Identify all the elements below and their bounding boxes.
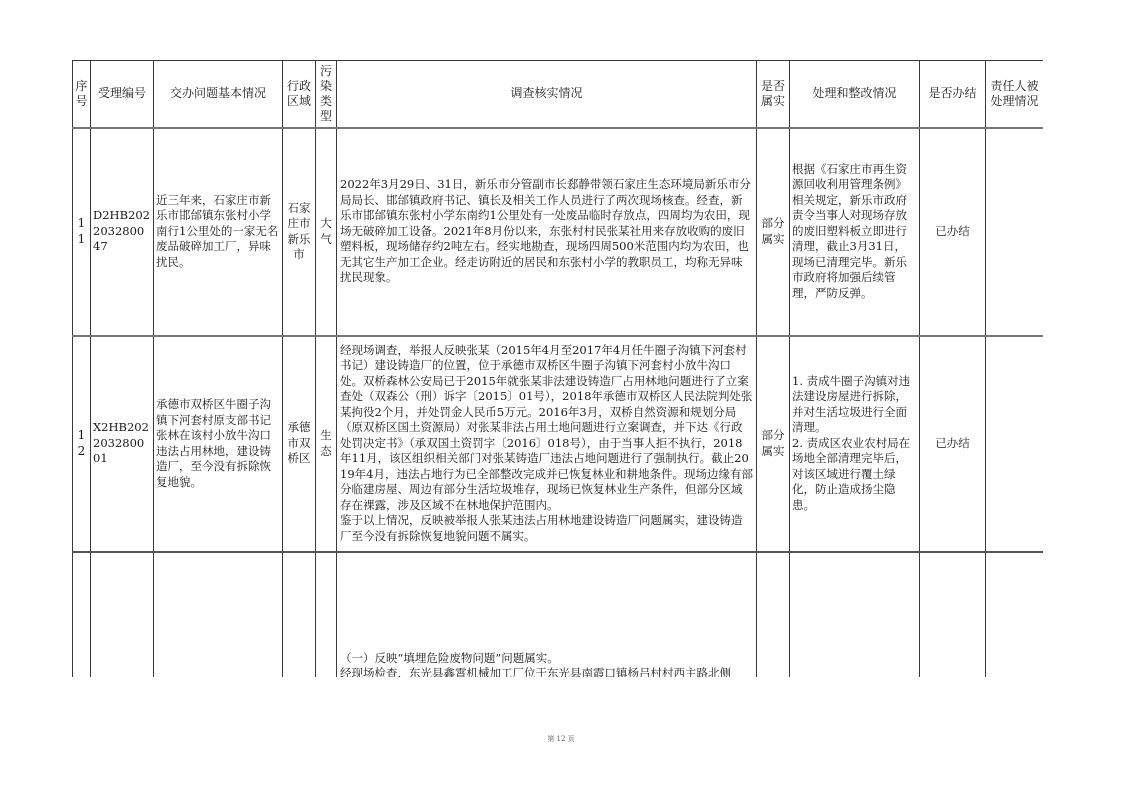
cell-region: 石家庄市新乐市: [283, 128, 316, 336]
document-page: 序号 受理编号 交办问题基本情况 行政区域 污染类型 调查核实情况 是否属实 处…: [72, 60, 1043, 677]
cell-verified: 部分属实: [757, 336, 790, 552]
supervision-table: 序号 受理编号 交办问题基本情况 行政区域 污染类型 调查核实情况 是否属实 处…: [72, 60, 1043, 677]
header-handling: 处理和整改情况: [790, 61, 920, 128]
header-seq: 序号: [73, 61, 91, 128]
cell-closed: 已办结: [920, 128, 986, 336]
header-pollution-type: 污染类型: [316, 61, 337, 128]
cell-accountability: [986, 336, 1044, 552]
header-verified: 是否属实: [757, 61, 790, 128]
cell-pollution-type: 大气: [316, 128, 337, 336]
cell-investigation: 经现场调查，举报人反映张某（2015年4月至2017年4月任牛圈子沟镇下河套村书…: [337, 336, 757, 552]
table-row: 11 D2HB202203280047 近三年来，石家庄市新乐市邯邰镇东张村小学…: [73, 128, 1044, 336]
header-problem: 交办问题基本情况: [154, 61, 283, 128]
cell-seq: 12: [73, 336, 91, 552]
cell-problem: 近三年来，石家庄市新乐市邯邰镇东张村小学南行1公里处的一家无名废品破碎加工厂，异…: [154, 128, 283, 336]
cell-closed: [920, 552, 986, 678]
cell-pollution-type: [316, 552, 337, 678]
page-number: 第 12 页: [0, 734, 1122, 744]
header-accountability: 责任人被处理情况: [986, 61, 1044, 128]
cell-closed: 已办结: [920, 336, 986, 552]
cell-case-id: X2HB202203280001: [91, 336, 154, 552]
header-case-id: 受理编号: [91, 61, 154, 128]
cell-problem: [154, 552, 283, 678]
cell-case-id: D2HB202203280047: [91, 128, 154, 336]
table-header-row: 序号 受理编号 交办问题基本情况 行政区域 污染类型 调查核实情况 是否属实 处…: [73, 61, 1044, 128]
cell-seq: [73, 552, 91, 678]
cell-accountability: [986, 128, 1044, 336]
cell-investigation: （一）反映“填埋危险废物问题”问题属实。 经现场检查，东光县鑫霄机械加工厂位于东…: [337, 552, 757, 678]
cell-accountability: [986, 552, 1044, 678]
cell-pollution-type: 生态: [316, 336, 337, 552]
table-row: 12 X2HB202203280001 承德市双桥区牛圈子沟镇下河套村原支部书记…: [73, 336, 1044, 552]
table-row: （一）反映“填埋危险废物问题”问题属实。 经现场检查，东光县鑫霄机械加工厂位于东…: [73, 552, 1044, 678]
header-investigation: 调查核实情况: [337, 61, 757, 128]
cell-region: 承德市双桥区: [283, 336, 316, 552]
cell-handling: 1. 责成牛圈子沟镇对违法建设房屋进行拆除，并对生活垃圾进行全面清理。 2. 责…: [790, 336, 920, 552]
cell-problem: 承德市双桥区牛圈子沟镇下河套村原支部书记张林在该村小放牛沟口违法占用林地，建设铸…: [154, 336, 283, 552]
cell-seq: 11: [73, 128, 91, 336]
cell-verified: 部分属实: [757, 128, 790, 336]
header-closed: 是否办结: [920, 61, 986, 128]
cell-case-id: [91, 552, 154, 678]
cell-region: [283, 552, 316, 678]
cell-handling: [790, 552, 920, 678]
cell-investigation: 2022年3月29日、31日，新乐市分管副市长郄静带领石家庄生态环境局新乐市分局…: [337, 128, 757, 336]
cell-verified: [757, 552, 790, 678]
cell-handling: 根据《石家庄市再生资源回收利用管理条例》相关规定，新乐市政府责令当事人对现场存放…: [790, 128, 920, 336]
header-region: 行政区域: [283, 61, 316, 128]
